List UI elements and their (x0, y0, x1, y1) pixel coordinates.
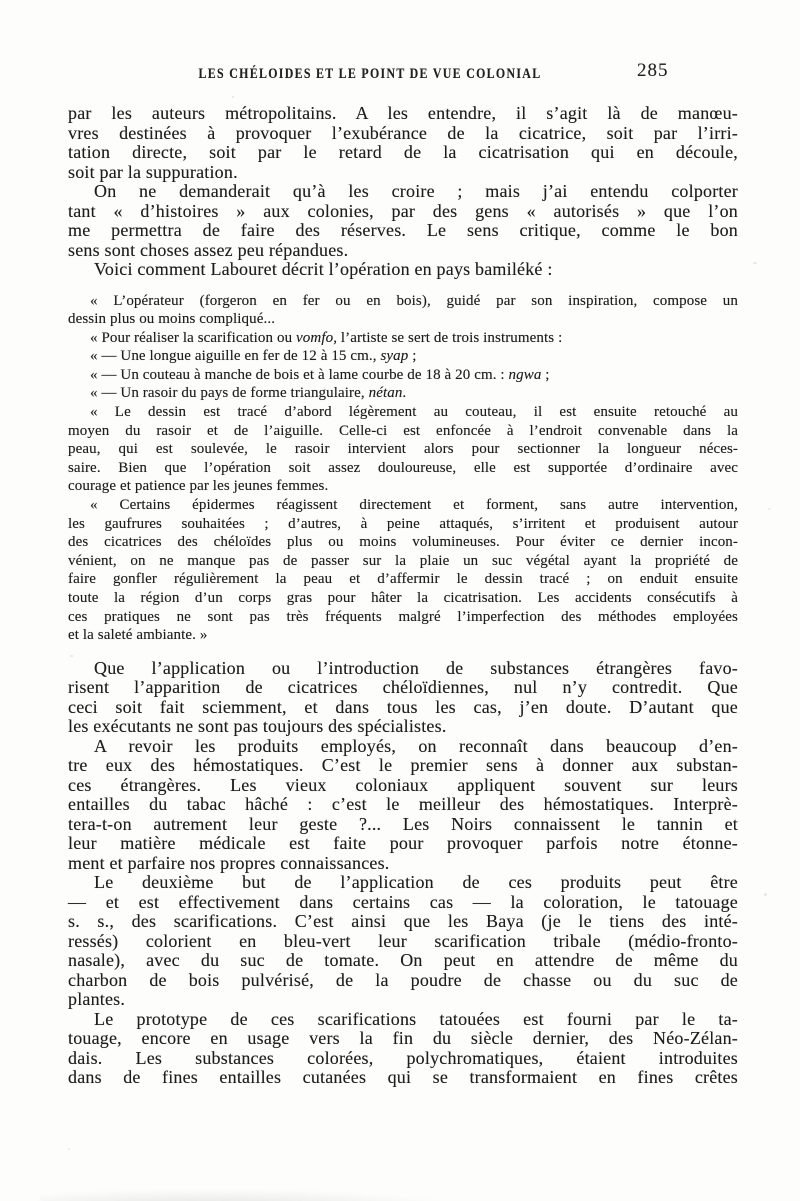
text-line: On ne demanderait qu’à les croire ; mais… (68, 182, 738, 202)
text-line: par les auteurs métropolitains. A les en… (68, 104, 738, 124)
text-line: « Le dessin est tracé d’abord légèrement… (68, 403, 738, 422)
text-line: vénient, on ne manque pas de passer sur … (68, 552, 738, 571)
text-line: entailles du tabac hâché : c’est le meil… (68, 795, 738, 815)
text-line: charbon de bois pulvérisé, de la poudre … (68, 971, 738, 991)
quote-paragraph: « Pour réaliser la scarification ou vomf… (68, 329, 738, 348)
text-line: soit par la suppuration. (68, 163, 738, 183)
text-line: vres destinées à provoquer l’exubérance … (68, 124, 738, 144)
text-line: leur matière médicale est faite pour pro… (68, 834, 738, 854)
text-line: Le prototype de ces scarifications tatou… (68, 1010, 738, 1030)
text-line: ressés) colorient en bleu-vert leur scar… (68, 932, 738, 952)
text-line: « — Une longue aiguille en fer de 12 à 1… (68, 347, 738, 366)
text-line: — et est effectivement dans certains cas… (68, 893, 738, 913)
text-line: les gaufrures souhaitées ; d’autres, à p… (68, 515, 738, 534)
text-line: les exécutants ne sont pas toujours des … (68, 717, 738, 737)
scanned-book-page: LES CHÉLOIDES ET LE POINT DE VUE COLONIA… (0, 0, 800, 1201)
text-line: tant « d’histoires » aux colonies, par d… (68, 202, 738, 222)
text-block: par les auteurs métropolitains. A les en… (68, 104, 738, 1088)
text-line: « L’opérateur (forgeron en fer ou en boi… (68, 292, 738, 311)
text-line: « Certains épidermes réagissent directem… (68, 496, 738, 515)
scan-speck (768, 508, 771, 510)
text-line: ces étrangères. Les vieux coloniaux appl… (68, 776, 738, 796)
text-line: saire. Bien que l’opération soit assez d… (68, 459, 738, 478)
quote-paragraph: « L’opérateur (forgeron en fer ou en boi… (68, 292, 738, 329)
body-paragraph: Le prototype de ces scarifications tatou… (68, 1010, 738, 1088)
body-paragraph: Que l’application ou l’introduction de s… (68, 659, 738, 737)
text-line: des cicatrices des chéloïdes plus ou moi… (68, 533, 738, 552)
scan-speck (68, 1148, 70, 1150)
text-line: tera-t-on autrement leur geste ?... Les … (68, 815, 738, 835)
text-line: « Pour réaliser la scarification ou vomf… (68, 329, 738, 348)
quote-paragraph: « — Un couteau à manche de bois et à lam… (68, 366, 738, 385)
text-line: dans de fines entailles cutanées qui se … (68, 1068, 738, 1088)
text-line: « — Un rasoir du pays de forme triangula… (68, 384, 738, 403)
scan-speck (753, 262, 757, 264)
text-line: s. s., des scarifications. C’est ainsi q… (68, 912, 738, 932)
text-line: sens sont choses assez peu répandues. (68, 241, 738, 261)
scan-smudge (40, 1189, 460, 1201)
text-line: me permettra de faire des réserves. Le s… (68, 221, 738, 241)
scan-speck (764, 893, 767, 896)
body-paragraph: Le deuxième but de l’application de ces … (68, 873, 738, 1010)
page-number: 285 (637, 60, 669, 82)
body-paragraph: On ne demanderait qu’à les croire ; mais… (68, 182, 738, 260)
text-line: « — Un couteau à manche de bois et à lam… (68, 366, 738, 385)
text-line: moyen du rasoir et de l’aiguille. Celle-… (68, 422, 738, 441)
text-line: Voici comment Labouret décrit l’opératio… (68, 260, 738, 280)
quote-paragraph: « Certains épidermes réagissent directem… (68, 496, 738, 645)
text-line: tre eux des hémostatiques. C’est le prem… (68, 756, 738, 776)
text-line: touage, encore en usage vers la fin du s… (68, 1029, 738, 1049)
body-paragraph: A revoir les produits employés, on recon… (68, 737, 738, 874)
body-paragraph: par les auteurs métropolitains. A les en… (68, 104, 738, 182)
text-line: nasale), avec du suc de tomate. On peut … (68, 951, 738, 971)
running-title: LES CHÉLOIDES ET LE POINT DE VUE COLONIA… (199, 66, 542, 83)
text-line: A revoir les produits employés, on recon… (68, 737, 738, 757)
text-line: ment et parfaire nos propres connaissanc… (68, 854, 738, 874)
text-line: Que l’application ou l’introduction de s… (68, 659, 738, 679)
text-line: dessin plus ou moins compliqué... (68, 310, 738, 329)
text-line: risent l’apparition de cicatrices chéloï… (68, 678, 738, 698)
quote-paragraph: « Le dessin est tracé d’abord légèrement… (68, 403, 738, 496)
text-line: toute la région d’un corps gras pour hât… (68, 589, 738, 608)
text-line: Le deuxième but de l’application de ces … (68, 873, 738, 893)
text-line: dais. Les substances colorées, polychrom… (68, 1049, 738, 1069)
text-line: tation directe, soit par le retard de la… (68, 143, 738, 163)
text-line: ceci soit fait sciemment, et dans tous l… (68, 698, 738, 718)
scan-speck (232, 96, 234, 98)
quote-paragraph: « — Une longue aiguille en fer de 12 à 1… (68, 347, 738, 366)
quote-paragraph: « — Un rasoir du pays de forme triangula… (68, 384, 738, 403)
text-line: et la saleté ambiante. » (68, 626, 738, 645)
text-line: ces pratiques ne sont pas très fréquents… (68, 608, 738, 627)
text-line: plantes. (68, 990, 738, 1010)
text-line: peau, qui est soulevée, le rasoir interv… (68, 440, 738, 459)
body-paragraph: Voici comment Labouret décrit l’opératio… (68, 260, 738, 280)
text-line: courage et patience par les jeunes femme… (68, 477, 738, 496)
text-line: faire gonfler régulièrement la peau et d… (68, 570, 738, 589)
